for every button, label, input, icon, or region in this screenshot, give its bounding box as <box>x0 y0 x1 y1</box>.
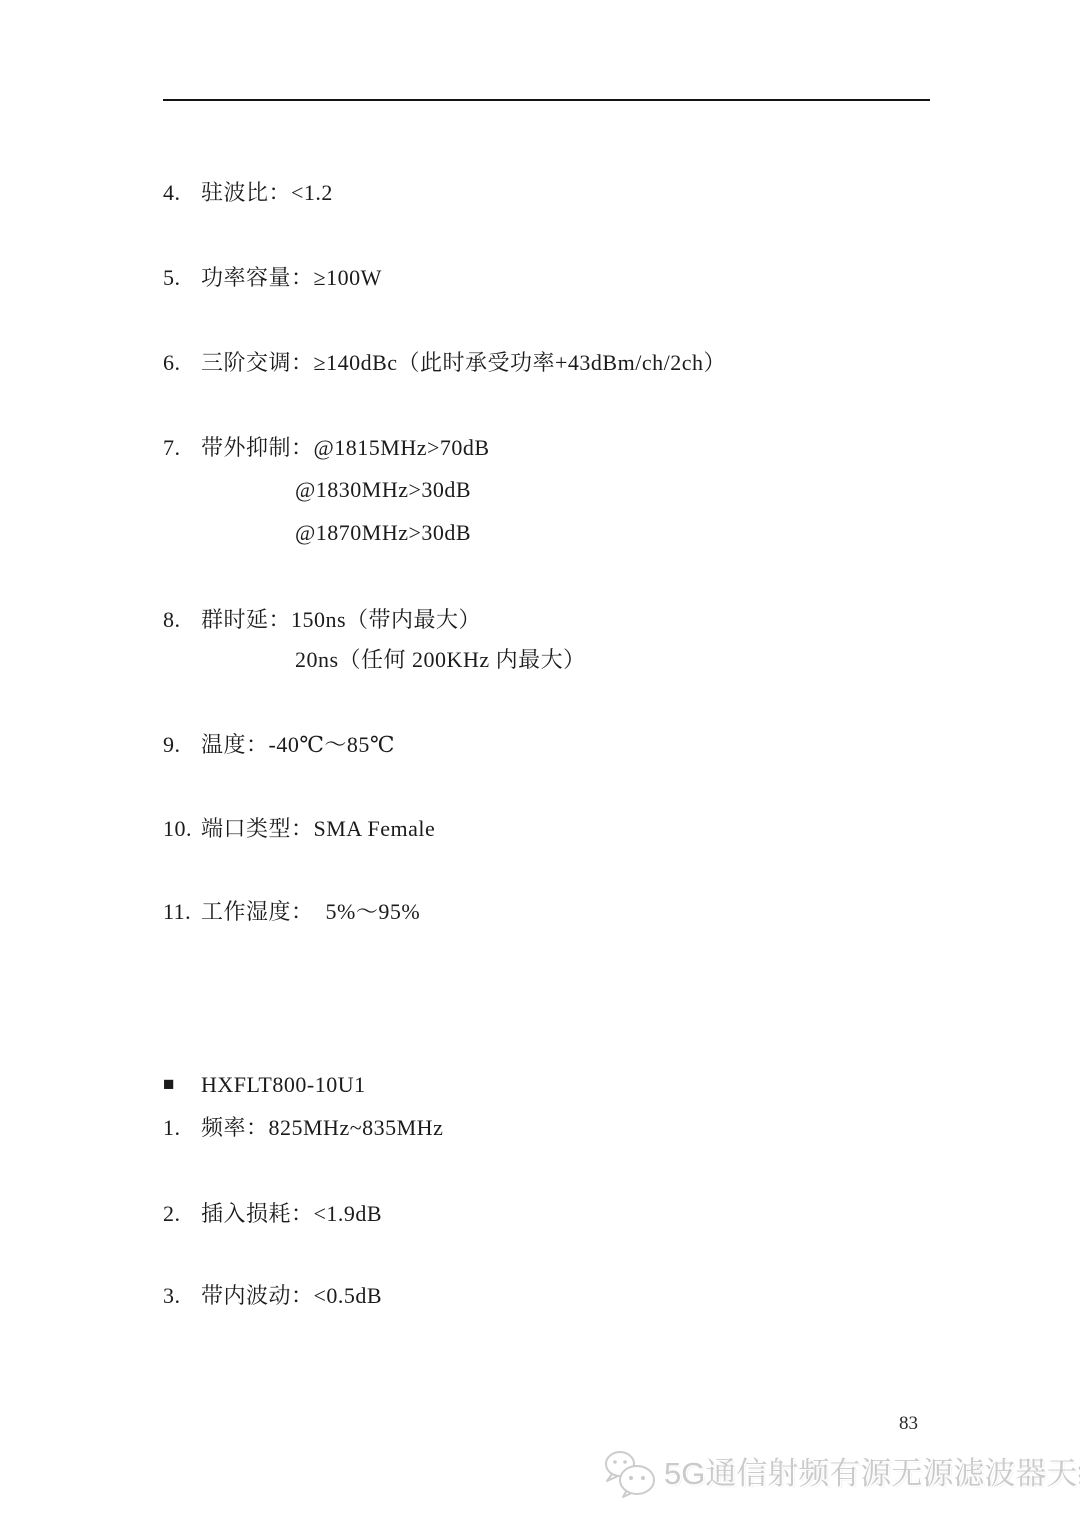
spec-item-9: 9. 温度：-40℃～85℃ <box>163 731 395 759</box>
spec-item-text: 20ns（任何 200KHz 内最大） <box>295 646 586 674</box>
spec-item-text: 插入损耗：<1.9dB <box>201 1200 382 1228</box>
spec-item-text: 功率容量：≥100W <box>201 264 382 292</box>
section-heading: ■ HXFLT800-10U1 <box>163 1071 366 1099</box>
section-bullet-icon: ■ <box>163 1071 201 1099</box>
spec-item-text: 群时延：150ns（带内最大） <box>201 606 481 634</box>
spec-item-number: 3. <box>163 1282 201 1310</box>
spec-item-text: @1870MHz>30dB <box>295 519 471 547</box>
spec-item-8-subline-1: 20ns（任何 200KHz 内最大） <box>295 646 586 674</box>
spec-item-10: 10. 端口类型：SMA Female <box>163 815 435 843</box>
spec-item-number: 4. <box>163 179 201 207</box>
spec-item-text: @1830MHz>30dB <box>295 476 471 504</box>
spec-item-text: 频率：825MHz~835MHz <box>201 1114 443 1142</box>
spec-item-6: 6. 三阶交调：≥140dBc（此时承受功率+43dBm/ch/2ch） <box>163 349 726 377</box>
spec-item-number: 2. <box>163 1200 201 1228</box>
spec-item-number: 10. <box>163 815 201 843</box>
spec-item-b3: 3. 带内波动：<0.5dB <box>163 1282 382 1310</box>
footer-watermark: 5G通信射频有源无源滤波器天线 <box>603 1449 1080 1499</box>
spec-item-b1: 1. 频率：825MHz~835MHz <box>163 1114 443 1142</box>
wechat-logo-icon <box>603 1449 657 1499</box>
spec-item-number: 9. <box>163 731 201 759</box>
spec-item-text: 带内波动：<0.5dB <box>201 1282 382 1310</box>
spec-item-number: 11. <box>163 898 201 926</box>
spec-item-text: 驻波比：<1.2 <box>201 179 333 207</box>
spec-item-text: 端口类型：SMA Female <box>201 815 435 843</box>
spec-item-text: 工作湿度： 5%～95% <box>201 898 420 926</box>
spec-item-number: 7. <box>163 434 201 462</box>
spec-item-8: 8. 群时延：150ns（带内最大） <box>163 606 481 634</box>
spec-item-number: 5. <box>163 264 201 292</box>
spec-item-text: 带外抑制：@1815MHz>70dB <box>201 434 490 462</box>
watermark-text: 5G通信射频有源无源滤波器天线 <box>664 1450 1080 1498</box>
spec-item-b2: 2. 插入损耗：<1.9dB <box>163 1200 382 1228</box>
section-title: HXFLT800-10U1 <box>201 1071 366 1099</box>
spec-item-5: 5. 功率容量：≥100W <box>163 264 382 292</box>
page-number: 83 <box>899 1412 918 1436</box>
spec-item-7: 7. 带外抑制：@1815MHz>70dB <box>163 434 490 462</box>
spec-item-7-subline-2: @1870MHz>30dB <box>295 519 471 547</box>
spec-item-number: 1. <box>163 1114 201 1142</box>
spec-item-4: 4. 驻波比：<1.2 <box>163 179 333 207</box>
document-page: 4. 驻波比：<1.2 5. 功率容量：≥100W 6. 三阶交调：≥140dB… <box>0 0 1080 1526</box>
spec-item-text: 三阶交调：≥140dBc（此时承受功率+43dBm/ch/2ch） <box>201 349 726 377</box>
spec-item-text: 温度：-40℃～85℃ <box>201 731 395 759</box>
spec-item-number: 8. <box>163 606 201 634</box>
spec-item-11: 11. 工作湿度： 5%～95% <box>163 898 420 926</box>
header-rule <box>163 99 930 101</box>
spec-item-number: 6. <box>163 349 201 377</box>
spec-item-7-subline-1: @1830MHz>30dB <box>295 476 471 504</box>
